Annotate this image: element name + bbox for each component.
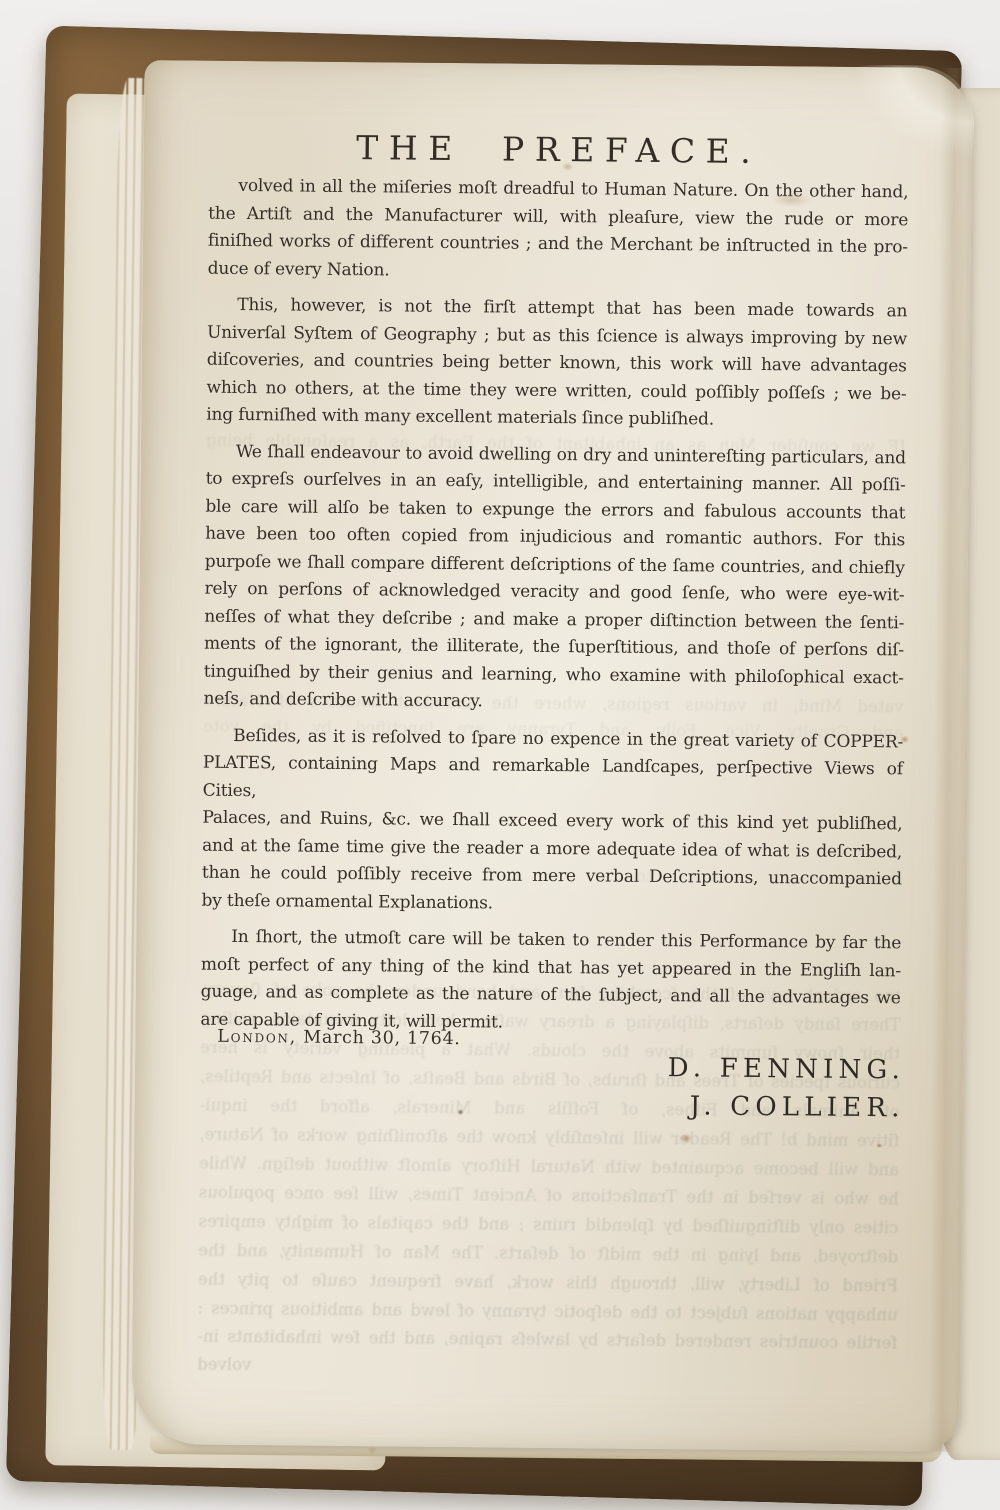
text-line: PLATES, containing Maps and remarkable L… — [203, 750, 903, 812]
signature: J. COLLIER. — [199, 1083, 904, 1128]
ghost-showthrough-line: unhappy nations ſubject to the deſpotic … — [198, 1295, 898, 1329]
foxing-stain — [679, 1133, 692, 1143]
printed-page: IF we conſider Man as an inhabitant of t… — [131, 60, 972, 1452]
ghost-showthrough-line: deſtroyed, and lying in the midſt of deſ… — [198, 1237, 898, 1271]
paragraph: volved in all the miſeries moſt dreadful… — [208, 173, 909, 290]
author-signatures: D. FENNING.J. COLLIER. — [199, 1045, 905, 1128]
ghost-showthrough-line: cities only diſtinguiſhed by ſplendid ru… — [198, 1208, 898, 1242]
page-fold-shadow — [927, 68, 966, 1452]
ghost-showthrough-line: and will become acquainted with Natural … — [199, 1150, 899, 1184]
ghost-showthrough-line: fertile countries rendered deſarts by la… — [197, 1323, 897, 1357]
ghost-showthrough-line: he who is verſed in the Tranſactions of … — [199, 1179, 899, 1213]
paragraph: In ſhort, the utmoſt care will be taken … — [200, 924, 901, 1041]
ghost-showthrough-line: volved — [197, 1351, 897, 1385]
ghost-showthrough-line: Friend of Liberty, will, through this wo… — [198, 1266, 898, 1300]
preface-text: volved in all the miſeries moſt dreadful… — [200, 173, 908, 1050]
paragraph: We ſhall endeavour to avoid dwelling on … — [203, 438, 906, 720]
foxing-stain — [876, 1143, 882, 1148]
paragraph: Beſides, as it is reſolved to ſpare no e… — [201, 722, 903, 921]
paragraph: This, however, is not the firſt attempt … — [206, 292, 907, 436]
book-photo: IF we conſider Man as an inhabitant of t… — [0, 0, 1000, 1510]
page-title: THE PREFACE. — [209, 127, 909, 173]
